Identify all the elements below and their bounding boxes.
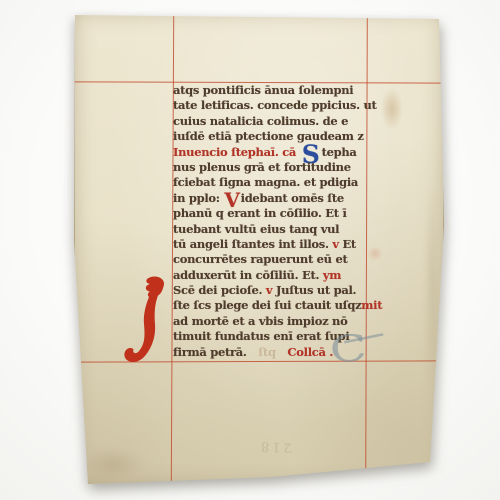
text-segment-ink: tate letificas. concede ppicius. ut [173,98,377,112]
manuscript-text-line: adduxerūt in cōſiliū. Et. ym [173,268,366,283]
text-segment-rubric: ym [323,268,341,282]
text-segment-ink: tū angeli ſtantes int illos. [173,237,332,251]
text-segment-ink: Scē dei pcioſe. [173,283,266,297]
manuscript-text-line: tuebant vultū eius tanq vul [173,222,366,237]
text-segment-ink: fciebat ſigna magna. et pdigia [173,175,358,189]
text-segment-rubric: Collcā . [284,345,333,359]
manuscript-text-line: nus plenus grā et fortitudine [173,160,366,175]
text-segment-ink: timuit fundatus enī erat ſupi [173,329,349,343]
manuscript-text-line: fciebat ſigna magna. et pdigia [173,175,366,190]
manuscript-text-line: iuſdē etiā ptectione gaudeam z [173,129,366,144]
text-segment-ink: iuſdē etiā ptectione gaudeam z [173,129,364,143]
text-segment-ghost: ſtq [250,345,283,359]
text-segment-ink: atqs pontificis ānua ſolempni [173,83,353,97]
text-segment-rubric: v [332,237,342,251]
text-segment-ink: Juſtus ut pal. [276,283,356,297]
text-block: atqs pontificis ānua ſolempnitate letifi… [173,83,366,360]
manuscript-text-line: atqs pontificis ānua ſolempni [173,83,366,98]
manuscript-text-line: cuius natalicia colimus. de e [173,114,366,129]
pencil-inscription: 218 [258,438,292,454]
decorated-initial-j [121,276,173,368]
text-segment-ink: idebant omēs ſte [241,191,344,205]
graphite-letter: C [328,326,368,372]
photo-background: atqs pontificis ānua ſolempnitate letifi… [0,0,500,500]
text-segment-ink: ad mortē et a vbis impioz nō [173,314,347,328]
text-segment-ink: phanū q erant in cōſilio. Et ī [173,206,347,220]
graphite-guide-letter-c: C [329,329,386,368]
stain [81,448,145,480]
text-segment-ink: concurrētes rapuerunt eū et [173,252,347,266]
stain [381,88,403,130]
manuscript-text-line: phanū q erant in cōſilio. Et ī [173,206,366,221]
text-segment-rubric: mit [361,298,382,312]
text-segment-ink: adduxerūt in cōſiliū. Et. [173,268,323,282]
text-segment-ink: cuius natalicia colimus. de e [173,114,348,128]
text-segment-ink: firmā petrā. [173,345,250,359]
text-segment-ink: tepha [322,145,357,159]
manuscript-text-line: tū angeli ſtantes int illos. v Et [173,237,366,252]
manuscript-text-line: concurrētes rapuerunt eū et [173,252,366,267]
manuscript-text-line: tate letificas. concede ppicius. ut [173,98,366,113]
stain [367,246,383,261]
stain [425,180,439,390]
text-segment-ink: tuebant vultū eius tanq vul [173,222,339,236]
text-segment-ink: in pplo: [173,191,223,205]
text-segment-rubric: v [266,283,276,297]
text-segment-ink: Et [342,237,355,251]
initial-stem [124,284,163,362]
manuscript-leaf: atqs pontificis ānua ſolempnitate letifi… [73,10,445,488]
manuscript-text-line: Scē dei pcioſe. v Juſtus ut pal. [173,283,366,298]
manuscript-leaf-wrapper: atqs pontificis ānua ſolempnitate letifi… [73,10,445,488]
text-segment-ink: ſte ſcs plege dei ſui ctauit uſqz [173,298,361,312]
text-segment-ink: nus plenus grā et fortitudine [173,160,351,174]
text-segment-rubric: Inuencio ſtephaī. cā [173,145,300,159]
manuscript-text-line: in pplo: Videbant omēs ſte [173,191,366,206]
manuscript-text-line: ſte ſcs plege dei ſui ctauit uſqzmit [173,298,366,313]
manuscript-text-line: Inuencio ſtephaī. cā Stepha [173,145,366,160]
